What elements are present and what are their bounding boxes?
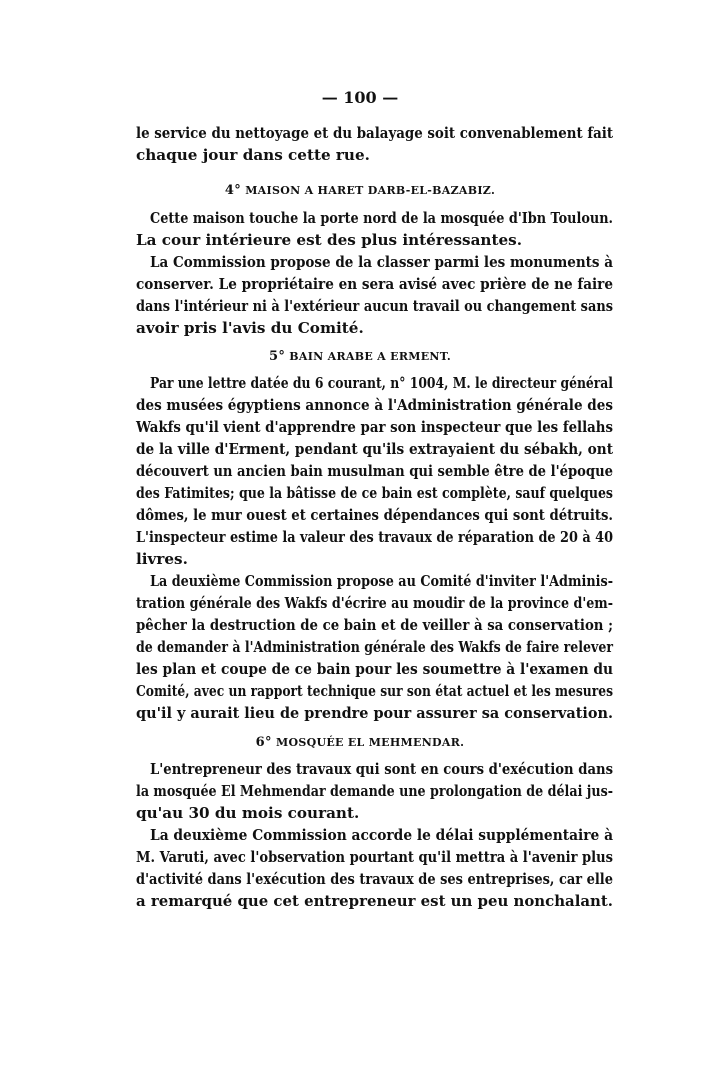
text-line: dômes, le mur ouest et certaines dépenda… (136, 504, 613, 526)
text-line: le service du nettoyage et du balayage s… (136, 122, 613, 144)
section-number: 5° (269, 349, 285, 364)
text-line: La Commission propose de la classer parm… (150, 251, 613, 273)
text-line: La deuxième Commission propose au Comité… (150, 570, 613, 592)
text-line: L'inspecteur estime la valeur des travau… (136, 526, 613, 548)
section-title: MAISON A HARET DARB-EL-BAZABIZ. (245, 184, 495, 197)
text-line: conserver. Le propriétaire en sera avisé… (136, 273, 613, 295)
text-line: avoir pris l'avis du Comité. (136, 317, 613, 339)
text-line: d'activité dans l'exécution des travaux … (136, 868, 613, 890)
text-line: la mosquée El Mehmendar demande une prol… (136, 780, 613, 802)
text-line: La cour intérieure est des plus intéress… (136, 229, 613, 251)
section-number: 6° (256, 735, 272, 750)
text-line: Wakfs qu'il vient d'apprendre par son in… (136, 416, 613, 438)
text-line: des Fatimites; que la bâtisse de ce bain… (136, 482, 613, 504)
section-title: BAIN ARABE A ERMENT. (289, 350, 451, 363)
text-line: Comité, avec un rapport technique sur so… (136, 680, 613, 702)
text-line: tration générale des Wakfs d'écrire au m… (136, 592, 613, 614)
text-line: Cette maison touche la porte nord de la … (150, 207, 613, 229)
text-line: de demander à l'Administration générale … (136, 636, 613, 658)
text-line: des musées égyptiens annonce à l'Adminis… (136, 394, 613, 416)
text-line: découvert un ancien bain musulman qui se… (136, 460, 613, 482)
text-line: Par une lettre datée du 6 courant, n° 10… (150, 372, 613, 394)
text-line: a remarqué que cet entrepreneur est un p… (136, 890, 613, 912)
section-number: 4° (225, 183, 241, 198)
document-page: — 100 — le service du nettoyage et du ba… (0, 0, 720, 1082)
page-number: — 100 — (0, 88, 720, 107)
section-title: MOSQUÉE EL MEHMENDAR. (276, 736, 464, 749)
text-line: qu'au 30 du mois courant. (136, 802, 613, 824)
text-line: dans l'intérieur ni à l'extérieur aucun … (136, 295, 613, 317)
text-line: La deuxième Commission accorde le délai … (150, 824, 613, 846)
section-heading: 6° MOSQUÉE EL MEHMENDAR. (0, 735, 720, 751)
text-line: M. Varuti, avec l'observation pourtant q… (136, 846, 613, 868)
text-line: de la ville d'Erment, pendant qu'ils ext… (136, 438, 613, 460)
text-line: livres. (136, 548, 613, 570)
text-line: les plan et coupe de ce bain pour les so… (136, 658, 613, 680)
section-heading: 4° MAISON A HARET DARB-EL-BAZABIZ. (0, 183, 720, 199)
text-line: chaque jour dans cette rue. (136, 144, 613, 166)
text-line: qu'il y aurait lieu de prendre pour assu… (136, 702, 613, 724)
section-heading: 5° BAIN ARABE A ERMENT. (0, 349, 720, 365)
text-line: pêcher la destruction de ce bain et de v… (136, 614, 613, 636)
text-line: L'entrepreneur des travaux qui sont en c… (150, 758, 613, 780)
